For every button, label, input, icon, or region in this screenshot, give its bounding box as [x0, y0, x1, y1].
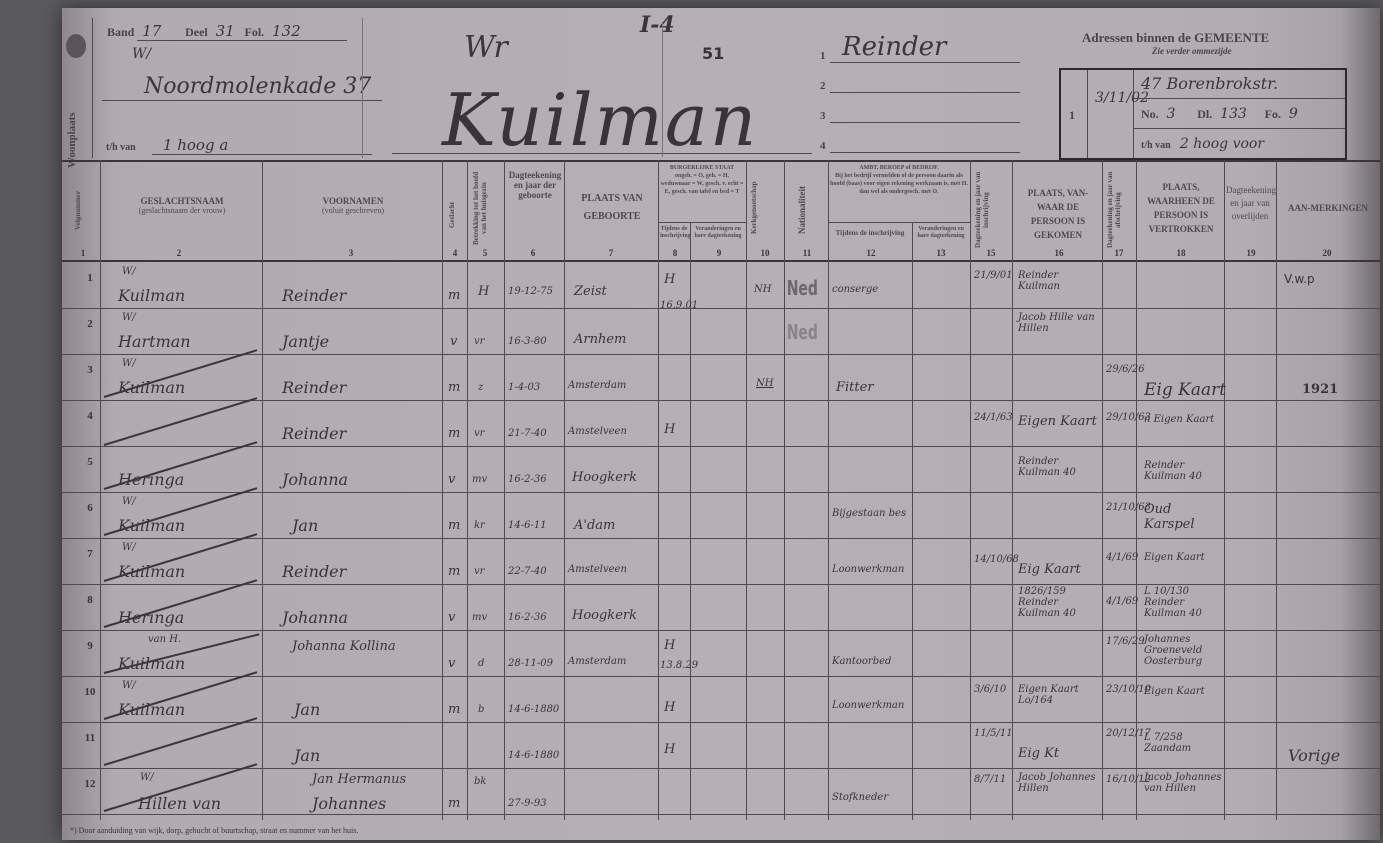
remarks: 1921 [1302, 382, 1338, 397]
birth-date: 19-12-75 [508, 286, 553, 297]
departed-to: Reinder Kuilman 40 [1144, 460, 1222, 482]
group-label: AMBT, BEROEP of BEDRIJF. [830, 164, 968, 172]
surname-mark: W/ [122, 266, 136, 277]
header-beroep: AMBT, BEROEP of BEDRIJF.Bij het bedrijf … [830, 164, 968, 196]
relation: H [478, 284, 489, 299]
header-bs-veranderingen: Veranderingen en hare dagteekening [692, 226, 744, 240]
given-names: Reinder [282, 286, 346, 305]
given-names: Jan [292, 516, 318, 535]
row-number: 4 [80, 410, 100, 422]
birth-place: Hoogkerk [572, 608, 637, 623]
departed-to: Eigen Kaart [1144, 552, 1222, 563]
surname-mark: W/ [122, 312, 136, 323]
row-number: 2 [80, 318, 100, 330]
header-label: GESLACHTSNAAM [106, 196, 258, 206]
fo-label: Fo. [1265, 107, 1281, 121]
birth-place: Amstelveen [568, 564, 627, 575]
row-number: 10 [80, 686, 100, 698]
row-number: 9 [80, 640, 100, 652]
deel-label: Deel [185, 25, 208, 39]
group-sub: ongeh. = O, geh. = H, weduwnaar = W, ges… [660, 172, 744, 196]
birth-place: Amsterdam [568, 380, 626, 391]
address-date: 3/11/02 [1095, 90, 1131, 106]
sex: m [448, 380, 460, 395]
religion: NH [754, 284, 771, 295]
header-bs-inschrijving: Tijdens de inschrijving [660, 226, 688, 240]
birth-place: Amstelveen [568, 426, 627, 437]
address-row-num: 1 [1069, 108, 1075, 123]
given-names: Johanna Kollina [292, 636, 412, 658]
registration-date: 11/5/11 [974, 728, 1004, 739]
birth-date: 14-6-11 [508, 520, 547, 531]
band-label: Band [107, 25, 134, 39]
strikethrough [104, 397, 258, 446]
header-gekomen-van: PLAATS, VAN-WAAR DE PERSOON IS GEKOMEN [1016, 186, 1100, 242]
column-number: 12 [864, 248, 878, 258]
departure-date: 23/10/10 [1106, 684, 1136, 695]
address-refs: No. 3 Dl. 133 Fo. 9 [1141, 106, 1298, 122]
given-names: Reinder [282, 562, 346, 581]
address-street: 47 Borenbrokstr. [1141, 74, 1278, 93]
footnote: *) Door aanduiding van wijk, dorp, gehuc… [70, 826, 358, 835]
header-kerkgenootschap: Kerkgenootschap [750, 166, 780, 250]
given-names: Johannes [312, 794, 386, 813]
birth-place: A'dam [574, 518, 615, 533]
came-from: Eigen Kaart [1018, 414, 1098, 429]
departed-to: L 10/130 Reinder Kuilman 40 [1144, 586, 1222, 619]
family-surname: Kuilman [442, 78, 758, 162]
surname: Hartman [118, 332, 191, 351]
departed-to: Johannes Groeneveld Oosterburg [1144, 634, 1234, 667]
row-number: 12 [80, 778, 100, 790]
address-mark: W/ [132, 46, 151, 62]
stamp-top: I-4 [640, 12, 675, 38]
th-van-label: t/h van [1141, 140, 1171, 151]
came-from: Jacob Johannes Hillen [1018, 772, 1098, 794]
relation: mv [472, 612, 487, 623]
civil-status-change: 13.8.29 [660, 660, 698, 671]
row-number: 7 [80, 548, 100, 560]
row-number: 1 [80, 272, 100, 284]
header-geboortedatum: Dagteekening en jaar der geboorte [508, 170, 562, 200]
column-number: 6 [526, 248, 540, 258]
occupation: Stofkneder [832, 792, 888, 803]
came-from: Reinder Kuilman 40 [1018, 456, 1098, 478]
came-from: 1826/159 Reinder Kuilman 40 [1018, 586, 1098, 619]
th-van-value: 1 hoog a [163, 136, 228, 154]
sex: m [448, 426, 460, 441]
column-number: 18 [1174, 248, 1188, 258]
sex: v [448, 472, 455, 487]
birth-place: Zeist [574, 284, 607, 299]
civil-status: H [664, 700, 675, 715]
registration-date: 24/1/63 [974, 412, 1004, 423]
dl-label: Dl. [1197, 107, 1212, 121]
birth-date: 14-6-1880 [508, 750, 559, 761]
band-value: 17 [142, 22, 161, 40]
came-from: Eig Kaart [1018, 562, 1081, 577]
sex: m [448, 702, 460, 717]
given-names: Reinder [282, 378, 346, 397]
relation: b [478, 704, 484, 715]
registration-date: 8/7/11 [974, 774, 1004, 785]
header-sub: (voluit geschreven) [268, 206, 438, 216]
civil-status: H [664, 638, 675, 653]
occupation: Loonwerkman [832, 700, 904, 711]
birth-date: 14-6-1880 [508, 704, 559, 715]
occupation: Bijgestaan bes [832, 508, 912, 519]
strikethrough [104, 717, 258, 766]
registration-date: 21/9/01 [974, 270, 1004, 281]
surname-mark: W/ [140, 772, 154, 783]
column-number: 16 [1052, 248, 1066, 258]
given-names: Johanna [282, 608, 348, 627]
column-number: 17 [1112, 248, 1126, 258]
departure-date: 21/10/63 [1106, 502, 1136, 513]
rubric-num: 4 [820, 140, 826, 152]
header-beroep-veranderingen: Veranderingen en hare dagteekening [914, 226, 968, 240]
departed-to: Eig Kaart [1144, 380, 1226, 400]
column-number: 11 [800, 248, 814, 258]
civil-status-change: 16.9.01 [660, 300, 698, 311]
addresses-subtitle: Zie verder ommezijde [1152, 46, 1231, 56]
relation: d [478, 658, 484, 669]
birth-place: Amsterdam [568, 656, 626, 667]
group-label: BURGERLIJKE STAAT [660, 164, 744, 172]
birth-place: Arnhem [574, 332, 626, 347]
column-number: 20 [1320, 248, 1334, 258]
sex: m [448, 518, 460, 533]
column-number: 2 [172, 248, 186, 258]
addresses-title: Adressen binnen de GEMEENTE [1082, 30, 1269, 46]
relation: kr [474, 520, 485, 531]
departed-to: n Eigen Kaart [1144, 414, 1222, 425]
surname: Kuilman [118, 286, 185, 305]
departed-to: Oud Karspel [1144, 502, 1222, 532]
header-geslacht: Geslacht [448, 180, 462, 250]
departure-date: 4/1/69 [1106, 552, 1136, 563]
woonplaats-label: Woonplaats [66, 38, 84, 168]
header-inschrijving-datum: Dagteekening en jaar van inschrijving [974, 170, 1008, 250]
civil-status: H [664, 272, 675, 287]
given-names: Reinder [282, 424, 346, 443]
margin-divider [92, 18, 93, 158]
row-number: 5 [80, 456, 100, 468]
departure-date: 4/1/69 [1106, 596, 1136, 607]
nationality-stamp: Ned [787, 320, 818, 344]
row-number: 11 [80, 732, 100, 744]
departure-date: 17/6/29 [1106, 636, 1136, 647]
birth-date: 21-7-40 [508, 428, 547, 439]
surname-mark: W/ [122, 496, 136, 507]
came-from: Jacob Hille van Hillen [1018, 312, 1098, 334]
header-volgnummer: Volgnummer [74, 170, 88, 250]
nationality-stamp: Ned [787, 276, 818, 300]
dl-value: 133 [1220, 106, 1247, 122]
relation: vr [474, 336, 484, 347]
sex: m [448, 288, 460, 303]
departure-date: 29/10/63 [1106, 412, 1136, 423]
header-voornamen: VOORNAMEN(voluit geschreven) [268, 196, 438, 216]
given-names: Johanna [282, 470, 348, 489]
column-number: 8 [668, 248, 682, 258]
header-aanmerkingen: AAN-MERKINGEN [1282, 200, 1374, 216]
rubric-num: 2 [820, 80, 826, 92]
departed-to: Eigen Kaart [1144, 686, 1222, 697]
column-number: 15 [984, 248, 998, 258]
th-van-value: 2 hoog voor [1180, 136, 1264, 152]
number-51: 51 [702, 44, 724, 63]
came-from: Eigen Kaart Lo/164 [1018, 684, 1098, 706]
given-names: Jan [294, 746, 320, 765]
group-sub: Bij het bedrijf vermelden of de persoon … [830, 172, 968, 196]
register-card: Woonplaats Band 17 Deel 31 Fol. 132 W/ N… [62, 8, 1380, 840]
relation: bk [474, 776, 486, 787]
column-number: 3 [344, 248, 358, 258]
birth-date: 16-2-36 [508, 612, 547, 623]
came-from: Eig Kt [1018, 746, 1059, 761]
departed-to: Jacob Johannes van Hillen [1144, 772, 1222, 794]
header-nationaliteit: Nationaliteit [798, 170, 812, 250]
th-van-row: t/h van 1 hoog a [106, 136, 228, 154]
header-beroep-inschrijving: Tijdens de inschrijving [830, 228, 910, 238]
birth-date: 28-11-09 [508, 658, 553, 669]
column-number: 19 [1244, 248, 1258, 258]
occupation: Loonwerkman [832, 564, 904, 575]
occupation: Kantoorbed [832, 656, 891, 667]
row-number: 3 [80, 364, 100, 376]
addresses-box: 1 3/11/02 47 Borenbrokstr. No. 3 Dl. 133… [1059, 68, 1347, 160]
column-number: 13 [934, 248, 948, 258]
fol-label: Fol. [245, 25, 265, 39]
register-table: Volgnummer GESLACHTSNAAM(geslachtsnaam d… [62, 160, 1380, 832]
fol-value: 132 [272, 22, 301, 40]
header-betrekking: Betrekking tot het hoofd van het huisgez… [472, 166, 500, 250]
row-number: 8 [80, 594, 100, 606]
given-names-alt: Jan Hermanus [312, 772, 406, 787]
rubric-value: Reinder [842, 32, 946, 62]
surname-mark: van H. [148, 634, 181, 645]
sex: m [448, 796, 460, 811]
birth-date: 1-4-03 [508, 382, 540, 393]
fo-value: 9 [1289, 106, 1298, 122]
birth-date: 22-7-40 [508, 566, 547, 577]
given-names: Jantje [282, 332, 329, 351]
departure-date: 29/6/26 [1106, 364, 1134, 375]
sex: v [448, 656, 455, 671]
relation: vr [474, 428, 484, 439]
birth-place: Hoogkerk [572, 470, 637, 485]
departure-date: 16/10/12 [1106, 774, 1136, 785]
surname-mark: W/ [122, 542, 136, 553]
departed-to: L 7/258 Zaandam [1144, 732, 1222, 754]
deel-value: 31 [216, 22, 235, 40]
sex: m [448, 564, 460, 579]
departure-date: 20/12/17 [1106, 728, 1136, 739]
address-th-van: t/h van 2 hoog voor [1141, 136, 1264, 152]
birth-date: 16-3-80 [508, 336, 547, 347]
religion: NH [756, 378, 773, 389]
relation: z [478, 382, 483, 393]
column-number: 1 [76, 248, 90, 258]
header-geslachtsnaam: GESLACHTSNAAM(geslachtsnaam der vrouw) [106, 196, 258, 216]
rubric-num: 3 [820, 110, 826, 122]
header-burgerlijke-staat: BURGERLIJKE STAATongeh. = O, geh. = H, w… [660, 164, 744, 196]
sex: v [450, 334, 457, 349]
birth-date: 27-9-93 [508, 798, 547, 809]
column-number: 9 [712, 248, 726, 258]
civil-status: H [664, 422, 675, 437]
registration-date: 14/10/68 [974, 554, 1004, 565]
surname-prefix: Wr [464, 30, 508, 65]
band-deel-fol: Band 17 Deel 31 Fol. 132 [107, 22, 301, 40]
relation: mv [472, 474, 487, 485]
relation: vr [474, 566, 484, 577]
rubric-num: 1 [820, 50, 826, 62]
address-value: Noordmolenkade 37 [144, 74, 371, 99]
surname-mark: W/ [122, 358, 136, 369]
header-overlijden: Dagteekening en jaar van overlijden [1226, 184, 1274, 223]
occupation: conserge [832, 284, 878, 295]
column-number: 10 [758, 248, 772, 258]
surname: Kuilman [118, 654, 185, 673]
header-label: VOORNAMEN [268, 196, 438, 206]
no-value: 3 [1167, 106, 1176, 122]
row-number: 6 [80, 502, 100, 514]
header-vertrokken-naar: PLAATS, WAARHEEN DE PERSOON IS VERTROKKE… [1140, 180, 1222, 236]
th-van-label: t/h van [106, 142, 136, 153]
came-from: Reinder Kuilman [1018, 270, 1098, 292]
remarks: Vorige [1288, 746, 1340, 765]
remarks: V.w.p [1284, 272, 1315, 286]
header-geboorteplaats: PLAATS VAN GEBOORTE [568, 190, 656, 226]
surname-mark: W/ [122, 680, 136, 691]
header-sub: (geslachtsnaam der vrouw) [106, 206, 258, 216]
sex: v [448, 610, 455, 625]
no-label: No. [1141, 107, 1159, 121]
column-number: 5 [478, 248, 492, 258]
occupation: Fitter [836, 380, 874, 395]
column-number: 4 [448, 248, 462, 258]
header-afschrijving-datum: Dagteekening en jaar van afschrijving [1106, 170, 1132, 250]
given-names: Jan [294, 700, 320, 719]
column-number: 7 [604, 248, 618, 258]
civil-status: H [664, 742, 675, 757]
registration-date: 3/6/10 [974, 684, 1004, 695]
birth-date: 16-2-36 [508, 474, 547, 485]
